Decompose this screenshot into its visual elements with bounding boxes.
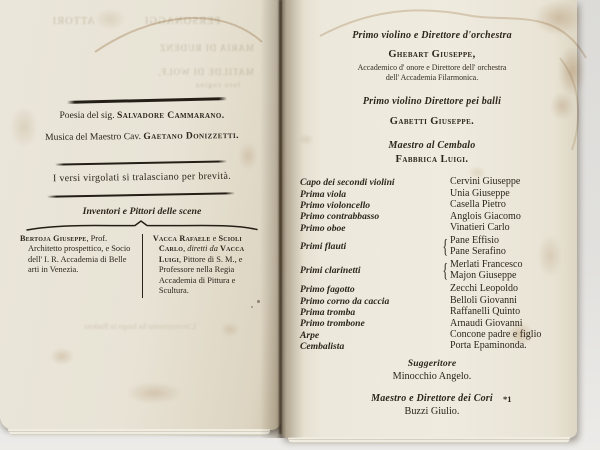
roster-names: Vinatieri Carlo [450, 223, 510, 234]
chorus-master-section: Maestro e Direttore dei Cori Buzzi Giuli… [298, 393, 566, 417]
roster-name: Majon Giuseppe [450, 271, 522, 282]
roster-row: Primo violoncelloCasella Pietro [300, 200, 566, 211]
page-edges-right [288, 437, 570, 443]
note-line-2: dell' Accademia Filarmonica. [298, 73, 566, 83]
roster-name: Zecchi Leopoldo [450, 284, 518, 295]
roster-name: Arnaudi Giovanni [450, 319, 523, 330]
note-line-1: Accademico d' onore e Direttore dell' or… [298, 63, 566, 73]
chorus-master-name: Buzzi Giulio. [298, 406, 566, 417]
scene-designer-right: Vacca Rafaele e Scioli Carlo, diretti da… [145, 234, 266, 298]
roster-row: Prima trombaRaffanelli Quinto [300, 307, 566, 318]
roster-role: Primo violoncello [300, 200, 450, 211]
roster-row: Capo dei secondi violiniCervini Giuseppe [300, 177, 566, 188]
left-page: PERSONAGGI ATTORIMARIA DI RUDENZMATILDE … [0, 0, 281, 430]
roster-names: Raffanelli Quinto [450, 307, 520, 318]
roster-row: Primo oboeVinatieri Carlo [300, 223, 566, 234]
roster-name: Pane Serafino [450, 247, 506, 258]
scene-designer-left: Bertoja Giuseppe, Prof. Architetto prosp… [20, 234, 139, 298]
roster-names: Arnaudi Giovanni [450, 319, 523, 330]
roster-row: Primi flauti{Pane EffisioPane Serafino [300, 236, 566, 258]
roster-name: Casella Pietro [450, 200, 506, 211]
page-edges-left [8, 429, 270, 435]
roster-names: Casella Pietro [450, 200, 506, 211]
bleedthrough-bottom-line: L'avvenimento ha luogo in Rudenz [30, 322, 250, 331]
roster-name: Unia Giuseppe [450, 189, 510, 200]
roster-role: Prima tromba [300, 307, 450, 318]
roster-row: ArpeConcone padre e figlio [300, 330, 566, 341]
roster-role: Primo trombone [300, 318, 450, 329]
right-page: Primo violino e Direttore d'orchestra Gh… [281, 0, 577, 438]
roster-row: Primi clarinetti{Merlati FrancescoMajon … [300, 260, 566, 282]
roster-role: Capo dei secondi violini [300, 177, 450, 188]
roster-name: Belloli Giovanni [450, 296, 517, 307]
ballet-director-name: Gabetti Giuseppe. [298, 116, 566, 127]
brace-glyph: { [442, 259, 448, 283]
roster-role: Primo corno da caccia [300, 296, 450, 307]
bleedthrough-line: MATILDE DI WOLF, [18, 67, 254, 77]
roster-role: Primo oboe [300, 223, 450, 234]
roster-name: Concone padre e figlio [450, 330, 541, 341]
chorus-master-heading: Maestro e Direttore dei Cori [298, 393, 566, 404]
book-photo: PERSONAGGI ATTORIMARIA DI RUDENZMATILDE … [0, 0, 600, 450]
divider-rule-lower [47, 192, 235, 198]
divider-rule-thick [67, 97, 227, 104]
verses-note: I versi virgolati si tralasciano per bre… [8, 170, 276, 185]
prompter-name: Minocchio Angelo. [298, 371, 566, 382]
ink-speck [257, 300, 260, 303]
roster-row: CembalistaPorta Epaminonda. [300, 341, 566, 352]
roster-names: Belloli Giovanni [450, 296, 517, 307]
cembalo-master-heading: Maestro al Cembalo [298, 140, 566, 151]
orchestra-director-note: Accademico d' onore e Direttore dell' or… [298, 63, 566, 82]
roster-name: Porta Epaminonda. [450, 341, 527, 352]
roster-role: Arpe [300, 330, 450, 341]
roster-names: Cervini Giuseppe [450, 177, 520, 188]
divider-rule-upper [55, 160, 227, 165]
scene-designers-columns: Bertoja Giuseppe, Prof. Architetto prosp… [20, 234, 266, 298]
roster-role: Primi flauti [300, 241, 450, 252]
right-page-content: Primo violino e Direttore d'orchestra Gh… [298, 0, 566, 417]
brace-glyph: { [442, 235, 448, 259]
roster-role: Primi clarinetti [300, 265, 450, 276]
roster-role: Cembalista [300, 341, 450, 352]
left-page-content: PERSONAGGI ATTORIMARIA DI RUDENZMATILDE … [0, 0, 281, 430]
roster-role: Primo contrabbasso [300, 211, 450, 222]
roster-names: Zecchi Leopoldo [450, 284, 518, 295]
bleedthrough-text: PERSONAGGI ATTORIMARIA DI RUDENZMATILDE … [18, 16, 254, 89]
roster-name: Cervini Giuseppe [450, 177, 520, 188]
column-divider [142, 234, 143, 298]
roster-name: Raffanelli Quinto [450, 307, 520, 318]
ballet-director-heading: Primo violino Direttore pei balli [298, 96, 566, 107]
orchestra-director-name: Ghebart Giuseppe, [298, 49, 566, 60]
prompter-section: Suggeritore Minocchio Angelo. [298, 358, 566, 382]
roster-role: Primo fagotto [300, 284, 450, 295]
roster-names: Porta Epaminonda. [450, 341, 527, 352]
bleedthrough-line: MARIA DI RUDENZ [18, 43, 254, 53]
orchestra-roster: Capo dei secondi violiniCervini Giuseppe… [298, 177, 566, 352]
roster-names: Concone padre e figlio [450, 330, 541, 341]
prompter-heading: Suggeritore [298, 358, 566, 369]
roster-name: Anglois Giacomo [450, 212, 521, 223]
roster-role: Prima viola [300, 189, 450, 200]
signature-mark: *1 [503, 394, 512, 404]
roster-row: Prima violaUnia Giuseppe [300, 188, 566, 199]
roster-name: Vinatieri Carlo [450, 223, 510, 234]
bleedthrough-line: PERSONAGGI ATTORI [18, 16, 254, 27]
overbrace-ornament [25, 220, 259, 233]
music-credit: Musica del Maestro Cav. Gaetano Donizzet… [8, 130, 276, 144]
roster-names: Anglois Giacomo [450, 212, 521, 223]
roster-row: Primo tromboneArnaudi Giovanni [300, 318, 566, 329]
ink-speck [251, 306, 253, 308]
orchestra-director-heading: Primo violino e Direttore d'orchestra [298, 30, 566, 41]
scene-designers-heading: Inventori e Pittori delle scene [8, 206, 276, 217]
roster-names: Unia Giuseppe [450, 189, 510, 200]
poetry-credit: Poesia del sig. Salvadore Cammarano. [8, 110, 276, 121]
spine-shadow-line [279, 0, 282, 434]
roster-row: Primo contrabbassoAnglois Giacomo [300, 211, 566, 222]
cembalo-master-name: Fabbrica Luigi. [298, 154, 566, 165]
roster-names: Pane EffisioPane Serafino [450, 236, 506, 257]
roster-row: Primo corno da cacciaBelloli Giovanni [300, 295, 566, 306]
roster-names: Merlati FrancescoMajon Giuseppe [450, 260, 522, 281]
bleedthrough-line: loro cugina [18, 80, 254, 89]
roster-row: Primo fagottoZecchi Leopoldo [300, 284, 566, 295]
